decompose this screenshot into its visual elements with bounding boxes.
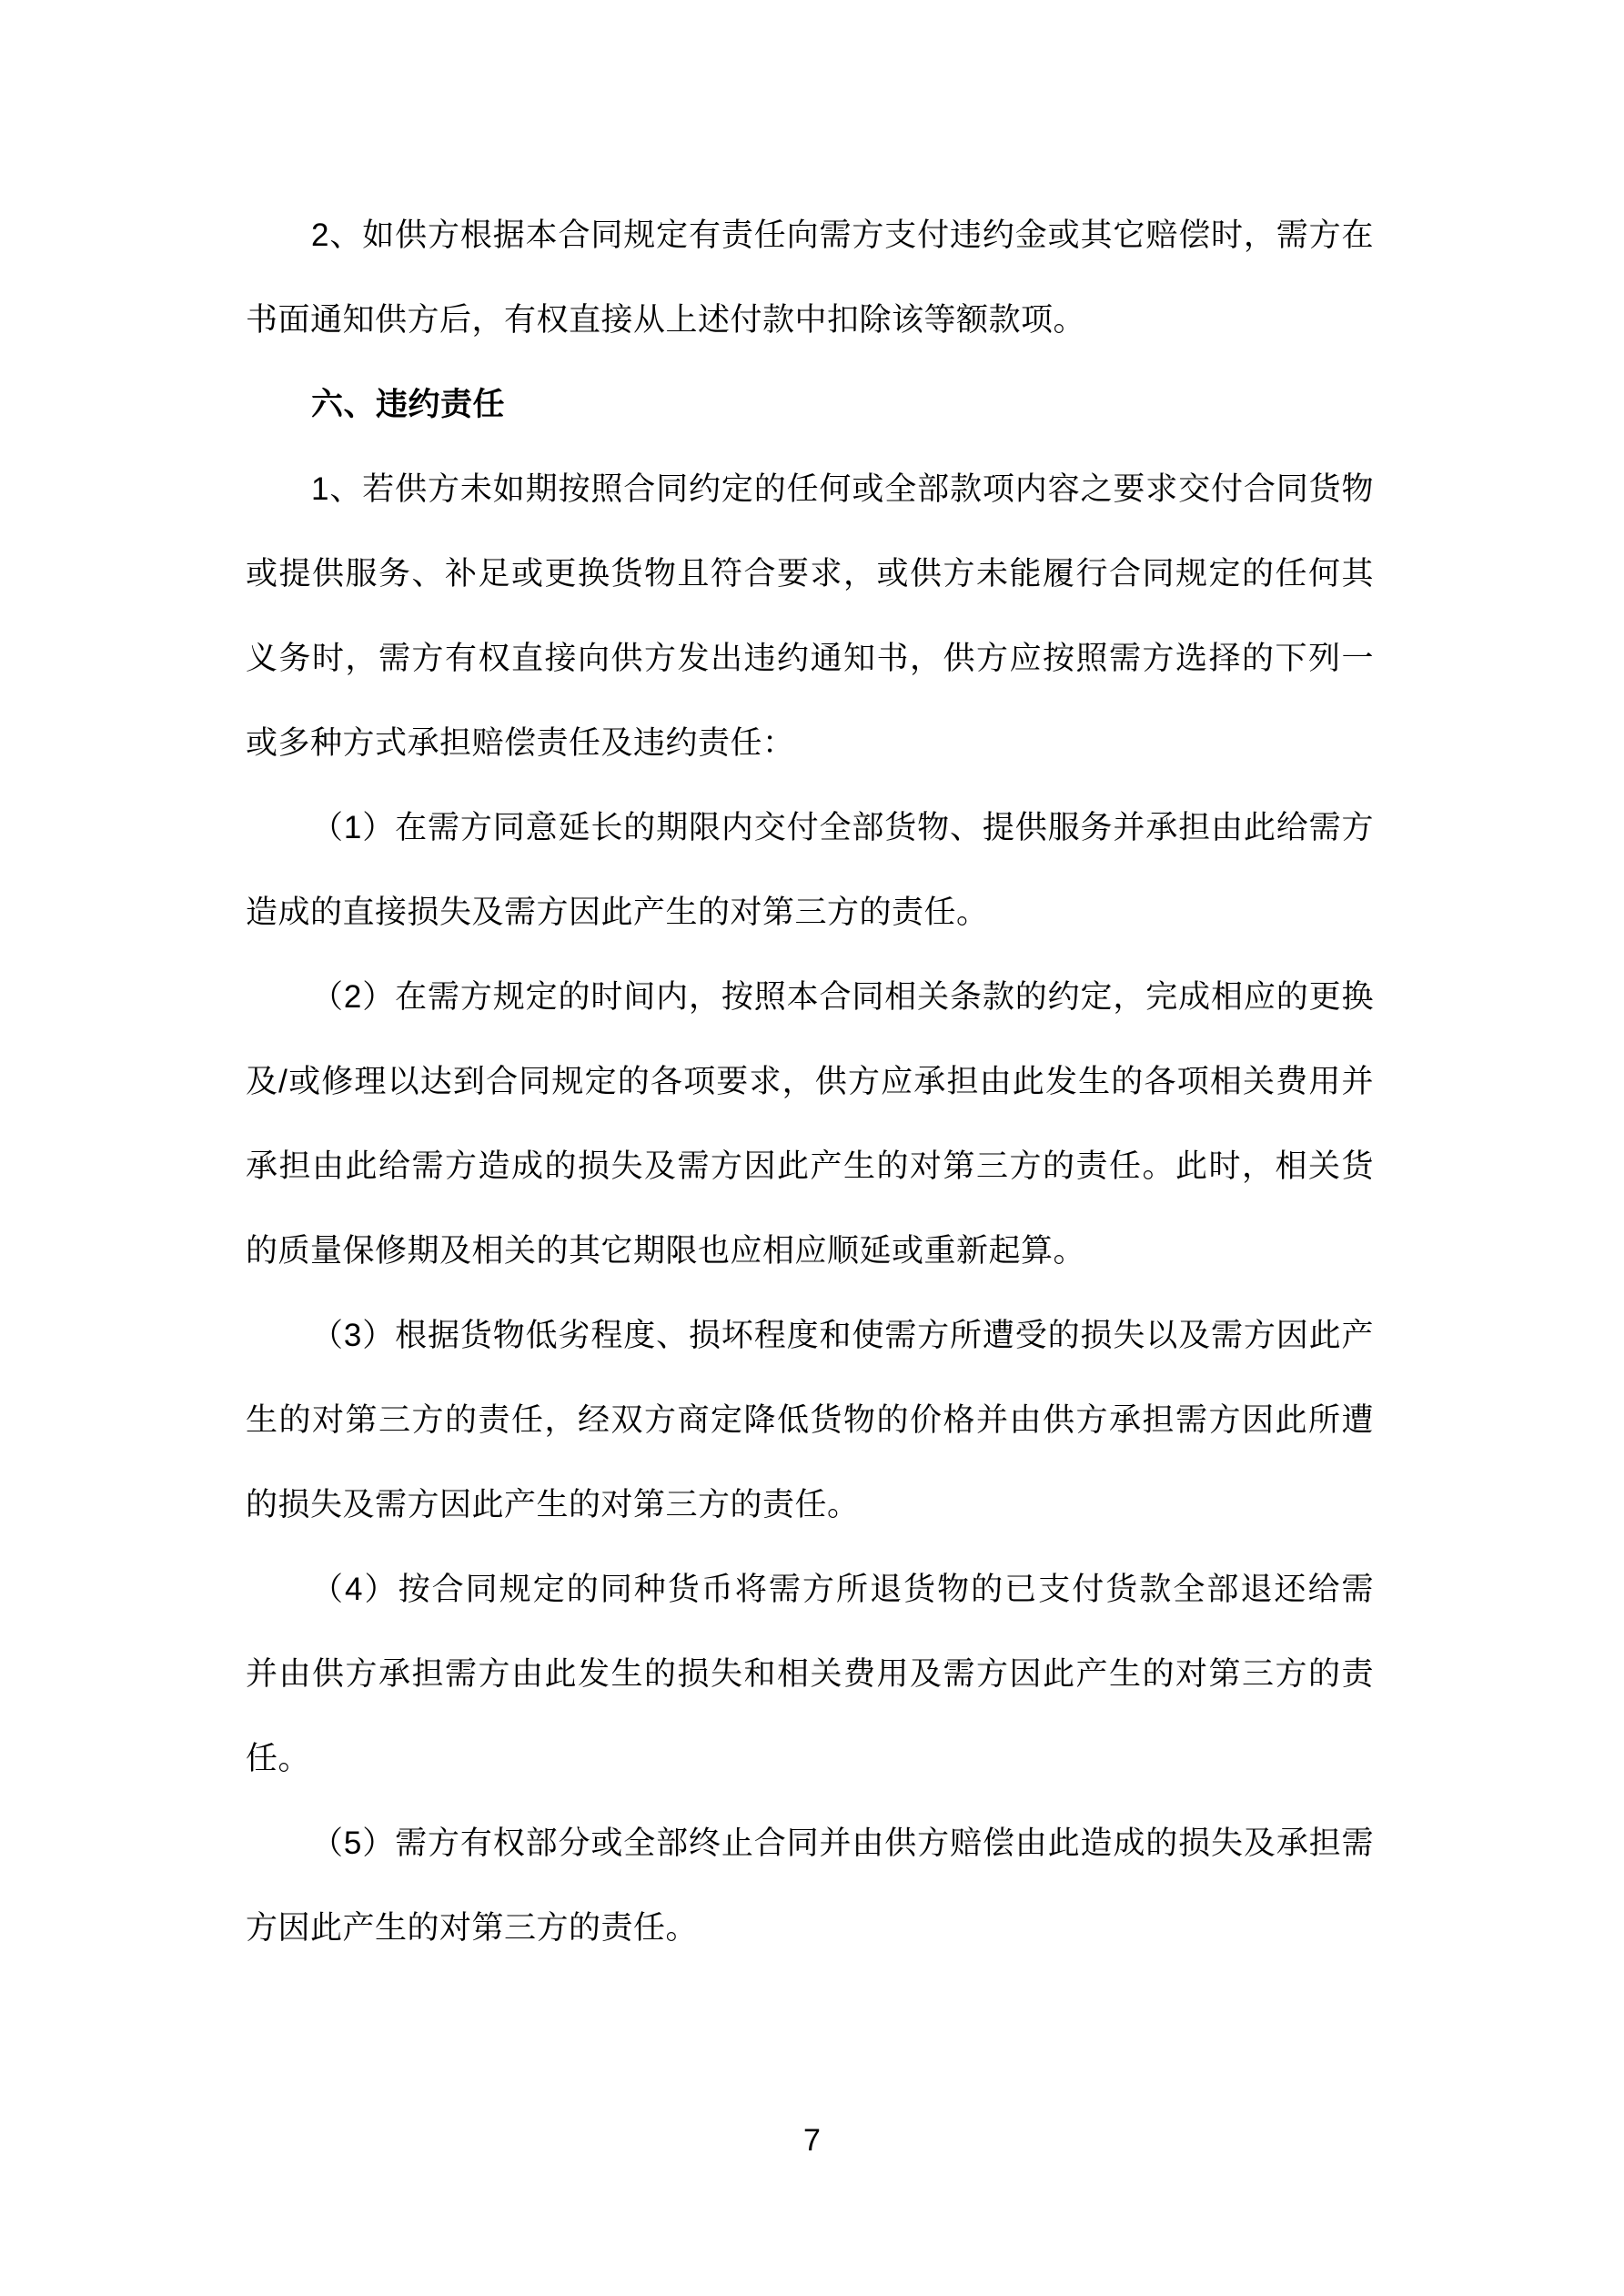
text-line: 任。 — [246, 1716, 1374, 1801]
text-line: 的损失及需方因此产生的对第三方的责任。 — [246, 1462, 1374, 1547]
text-line: 1、若供方未如期按照合同约定的任何或全部款项内容之要求交付合同货物 — [246, 447, 1374, 531]
text-line: 或提供服务、补足或更换货物且符合要求，或供方未能履行合同规定的任何其它 — [246, 531, 1374, 616]
text-line: （2）在需方规定的时间内，按照本合同相关条款的约定，完成相应的更换 — [246, 955, 1374, 1039]
text-line: 方因此产生的对第三方的责任。 — [246, 1886, 1374, 1970]
document-page: 2、如供方根据本合同规定有责任向需方支付违约金或其它赔偿时，需方在书面通知供方后… — [0, 0, 1624, 2296]
text-line: 的质量保修期及相关的其它期限也应相应顺延或重新起算。 — [246, 1209, 1374, 1293]
text-line: 及/或修理以达到合同规定的各项要求，供方应承担由此发生的各项相关费用并 — [246, 1039, 1374, 1124]
text-line: 承担由此给需方造成的损失及需方因此产生的对第三方的责任。此时，相关货物 — [246, 1124, 1374, 1209]
text-line: （4）按合同规定的同种货币将需方所退货物的已支付货款全部退还给需方， — [246, 1547, 1374, 1632]
contract-text-body: 2、如供方根据本合同规定有责任向需方支付违约金或其它赔偿时，需方在书面通知供方后… — [246, 193, 1374, 1970]
text-line: 或多种方式承担赔偿责任及违约责任： — [246, 701, 1374, 785]
text-line: （5）需方有权部分或全部终止合同并由供方赔偿由此造成的损失及承担需 — [246, 1801, 1374, 1886]
text-line: 并由供方承担需方由此发生的损失和相关费用及需方因此产生的对第三方的责 — [246, 1632, 1374, 1716]
text-line: （1）在需方同意延长的期限内交付全部货物、提供服务并承担由此给需方 — [246, 785, 1374, 870]
text-line: 生的对第三方的责任，经双方商定降低货物的价格并由供方承担需方因此所遭受 — [246, 1378, 1374, 1462]
text-line: 六、违约责任 — [246, 362, 1374, 447]
text-line: （3）根据货物低劣程度、损坏程度和使需方所遭受的损失以及需方因此产 — [246, 1293, 1374, 1378]
text-line: 书面通知供方后，有权直接从上述付款中扣除该等额款项。 — [246, 278, 1374, 362]
page-number: 7 — [0, 2122, 1624, 2159]
text-line: 造成的直接损失及需方因此产生的对第三方的责任。 — [246, 870, 1374, 955]
text-line: 义务时，需方有权直接向供方发出违约通知书，供方应按照需方选择的下列一种 — [246, 616, 1374, 701]
text-line: 2、如供方根据本合同规定有责任向需方支付违约金或其它赔偿时，需方在 — [246, 193, 1374, 278]
